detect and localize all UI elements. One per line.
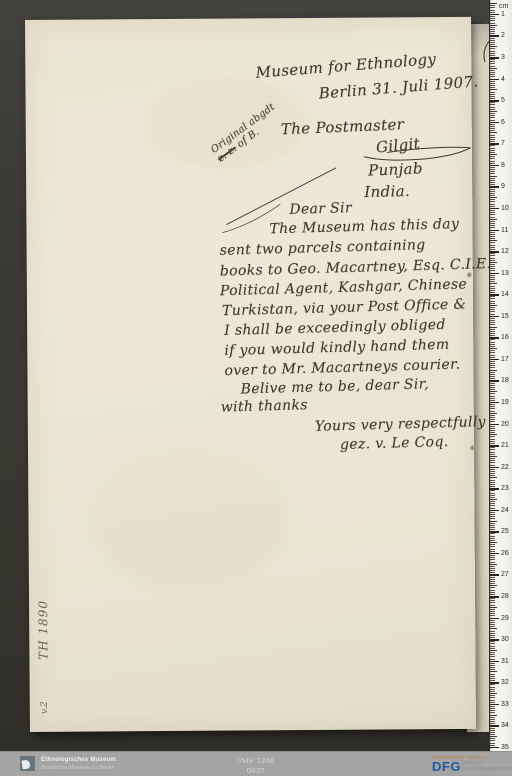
dfg-org-name: Deutsche Forschungsgemeinschaft (462, 761, 512, 772)
body-line: Belive me to be, dear Sir, (240, 376, 429, 397)
ruler-unit-label: cm (499, 3, 508, 10)
ruler-number: 5 (501, 97, 505, 104)
ruler-number: 9 (501, 183, 505, 190)
ruler-number: 1 (501, 11, 505, 18)
ruler-number: 25 (501, 528, 509, 535)
ruler-number: 20 (501, 421, 509, 428)
ruler-number: 8 (501, 162, 505, 169)
ruler-number: 18 (501, 377, 509, 384)
punch-hole (467, 272, 472, 278)
body-line: Turkistan, via your Post Office & (222, 296, 467, 319)
recipient-line: India. (364, 182, 410, 201)
ruler-number: 7 (501, 140, 505, 147)
ruler-number: 30 (501, 636, 509, 643)
ruler-number: 29 (501, 615, 509, 622)
body-line: Political Agent, Kashgar, Chinese (220, 276, 468, 299)
ruler-number: 4 (501, 76, 505, 83)
recipient-line: The Postmaster (280, 115, 404, 138)
ruler-number: 11 (501, 227, 508, 234)
body-line: with thanks (220, 397, 307, 415)
ruler-number: 24 (501, 507, 509, 514)
ruler-number: 35 (501, 744, 509, 751)
ruler-number: 19 (501, 399, 509, 406)
ruler-number: 27 (501, 571, 509, 578)
ruler-number: 17 (501, 356, 509, 363)
archive-footer-bar: Ethnologisches Museum Staatliche Museen … (0, 751, 512, 776)
ruler-number: 2 (501, 32, 505, 39)
ruler-number: 16 (501, 334, 509, 341)
dfg-logo: DFG (432, 760, 461, 773)
ruler-number: 13 (501, 270, 509, 277)
ruler-number: 21 (501, 442, 509, 449)
ruler-number: 26 (501, 550, 509, 557)
dfg-org-line: Forschungsgemeinschaft (462, 767, 512, 773)
ruler-number: 22 (501, 464, 509, 471)
body-line: if you would kindly hand them (224, 337, 450, 359)
recipient-line: Punjab (368, 159, 423, 179)
ruler-number: 14 (501, 291, 509, 298)
ruler: cm 1234567891011121314151617181920212223… (489, 0, 512, 752)
ruler-number: 10 (501, 205, 509, 212)
ruler-number: 15 (501, 313, 509, 320)
letter-paper: Museum for Ethnology Berlin 31. Juli 190… (25, 17, 476, 732)
ruler-number: 34 (501, 722, 509, 729)
margin-shelfmark: TH 1890 (36, 600, 50, 660)
ruler-number: 12 (501, 248, 509, 255)
closing-line: Yours very respectfully (315, 414, 486, 435)
ruler-number: 28 (501, 593, 509, 600)
margin-note: v.2 (40, 701, 50, 714)
ruler-number: 33 (501, 701, 509, 708)
ruler-number: 6 (501, 119, 505, 126)
salutation: Dear Sir (289, 200, 352, 218)
ruler-number: 32 (501, 679, 509, 686)
paper-stain (88, 448, 289, 589)
punch-hole (470, 445, 475, 451)
letterhead-date: Berlin 31. Juli 1907. (318, 72, 479, 102)
ruler-number: 3 (501, 54, 505, 61)
body-line: I shall be exceedingly obliged (224, 317, 446, 339)
signature: gez. v. Le Coq. (340, 434, 449, 453)
ruler-number: 23 (501, 485, 509, 492)
ruler-number: 31 (501, 658, 509, 665)
